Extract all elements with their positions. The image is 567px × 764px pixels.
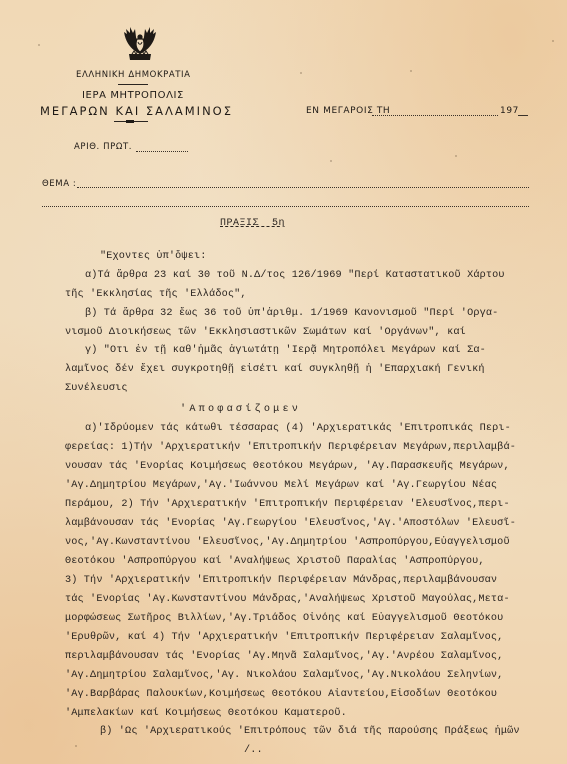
divider — [118, 84, 148, 85]
text-line: Θεοτόκου 'Ασπροπύργου καί 'Αναλήψεως Χρι… — [65, 556, 485, 567]
paper-speck — [410, 70, 412, 72]
divider — [114, 121, 148, 122]
subject-line-2 — [42, 206, 529, 207]
text-line: 'Αμπελακίων καί Κοιμήσεως Θεοτόκου Καματ… — [65, 708, 347, 719]
text-line: φερείας: 1)Τήν 'Αρχιερατικήν 'Επιτροπική… — [65, 442, 516, 453]
continuation-mark: /.. — [244, 745, 263, 756]
text-line: β) 'Ως 'Αρχιερατικούς 'Επιτρόπους τῶν δι… — [100, 726, 520, 737]
republic-label: ΕΛΛΗΝΙΚΗ ΔΗΜΟΚΡΑΤΙΑ — [76, 70, 191, 80]
text-line: λαμβάνουσαν τάς 'Ενορίας 'Αγ.Γεωργίου 'Ε… — [65, 518, 516, 529]
phoenix-emblem-icon — [120, 24, 160, 64]
act-heading: ΠΡΑΞΙΣ 5η — [220, 218, 285, 229]
text-line: νος,'Αγ.Κωνσταντίνου 'Ελευσῖνος,'Αγ.Δημη… — [65, 537, 510, 548]
text-line: "Εχοντες ὑπ'ὄψει: — [100, 251, 206, 262]
metropolis-name: ΜΕΓΑΡΩΝ ΚΑΙ ΣΑΛΑΜΙΝΟΣ — [40, 104, 233, 118]
protocol-number-line — [136, 151, 188, 152]
text-line: νουσαν τάς 'Ενορίας Κοιμήσεως Θεοτόκου Μ… — [65, 461, 510, 472]
paper-speck — [38, 44, 40, 46]
text-line: 'Αγ.Δημητρίου Σαλαμῖνος,'Αγ. Νικολάου Σα… — [65, 670, 503, 681]
metropolis-label: ΙΕΡΑ ΜΗΤΡΟΠΟΛΙΣ — [82, 90, 184, 101]
text-line: β) Τά ἄρθρα 32 ἕως 36 τοῦ ὑπ'ἀριθμ. 1/19… — [85, 308, 498, 319]
text-line: Περάμου, 2) Τήν 'Αρχιερατικήν 'Επιτροπικ… — [65, 499, 510, 510]
paper-speck — [300, 72, 302, 74]
text-line: περιλαμβάνουσαν τάς 'Ενορίας 'Αγ.Μηνᾶ Σα… — [65, 651, 503, 662]
text-line: νισμοῦ Διοικήσεως τῶν 'Εκκλησιαστικῶν Σω… — [65, 327, 466, 338]
text-line: 'Ερυθρῶν, καί 4) Τήν 'Αρχιερατικήν 'Επιτ… — [65, 632, 503, 643]
protocol-number-label: ΑΡΙΘ. ΠΡΩΤ. — [74, 142, 132, 152]
text-line: λαμῖνος δέν ἔχει συγκροτηθῇ εἰσέτι καί σ… — [65, 364, 485, 375]
date-field-line — [372, 115, 498, 116]
year-prefix: 197 — [500, 106, 519, 116]
year-field-line — [518, 115, 528, 116]
subject-line — [77, 187, 529, 188]
text-line: 3) Τήν 'Αρχιερατικήν 'Επιτροπικήν Περιφέ… — [65, 575, 497, 586]
paper-speck — [75, 745, 77, 747]
text-line: Συνέλευσις — [65, 383, 128, 394]
text-line: τῆς 'Εκκλησίας τῆς 'Ελλάδος", — [65, 289, 247, 300]
text-line: 'Αγ.Βαρβάρας Παλουκίων,Κοιμήσεως Θεοτόκο… — [65, 689, 497, 700]
text-line: τάς 'Ενορίας 'Αγ.Κωνσταντίνου Μάνδρας,'Α… — [65, 594, 510, 605]
paper-speck — [330, 160, 332, 162]
text-line: α)'Ιδρύομεν τάς κάτωθι τέσσαρας (4) 'Αρχ… — [85, 423, 511, 434]
text-line: α)Τά ἄρθρα 23 καί 30 τοῦ Ν.Δ/τος 126/196… — [85, 270, 505, 281]
paper-speck — [552, 40, 554, 42]
text-line: μορφώσεως Σωτῆρος Βιλλίων,'Αγ.Τριάδος Οἰ… — [65, 613, 503, 624]
decision-heading: 'Αποφασίζομεν — [180, 404, 301, 415]
subject-label: ΘΕΜΑ : — [42, 179, 76, 189]
text-line: γ) "Οτι ἐν τῇ καθ'ἡμᾶς ἁγιωτάτῃ 'Ιερᾷ Μη… — [85, 345, 486, 356]
text-line: 'Αγ.Δημητρίου Μεγάρων,'Αγ.'Ιωάννου Μελί … — [65, 480, 497, 491]
paper-speck — [455, 155, 457, 157]
